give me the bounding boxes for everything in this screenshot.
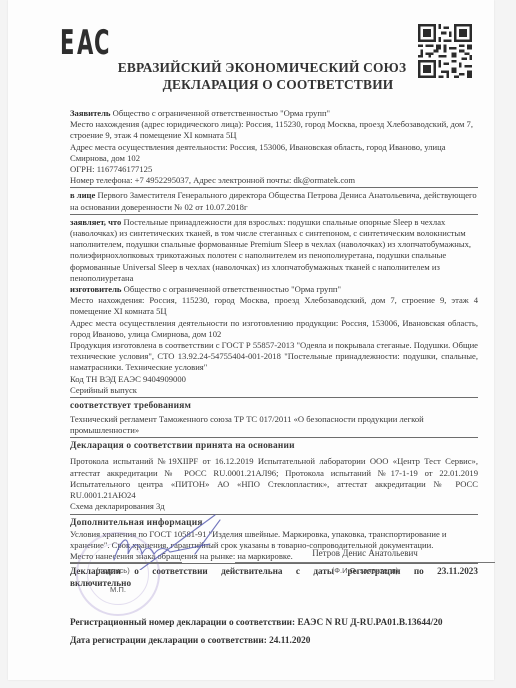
- release-type: Серийный выпуск: [70, 385, 478, 396]
- manufacturer-standards: Продукция изготовлена в соответствии с Г…: [70, 340, 478, 374]
- representative-section: в лице Первого Заместителя Генерального …: [70, 190, 478, 212]
- applicant-name: Общество с ограниченной ответственностью…: [110, 108, 330, 118]
- declares-label: заявляет, что: [70, 217, 121, 227]
- eac-logo-letter: A: [77, 26, 86, 60]
- signature-block: (подпись) М.П. Петров Денис Анатольевич …: [70, 540, 478, 615]
- signature-caption: (подпись): [96, 566, 130, 575]
- applicant-contacts: Номер телефона: +7 4952295037, Адрес эле…: [70, 175, 478, 186]
- signer-name-line: [235, 562, 495, 563]
- document-page: E A C ЕВРАЗИЙСКИЙ ЭКОНОМИЧЕСКИЙ СОЮЗ ДЕК…: [8, 0, 494, 680]
- basis-text: Протокола испытаний №19ХIIPF от 16.12.20…: [70, 456, 478, 501]
- basis-heading: Декларация о соответствии принята на осн…: [70, 440, 478, 452]
- manufacturer-label: изготовитель: [70, 284, 121, 294]
- union-title: ЕВРАЗИЙСКИЙ ЭКОНОМИЧЕСКИЙ СОЮЗ: [106, 60, 418, 76]
- applicant-label: Заявитель: [70, 108, 110, 118]
- applicant-legal-address: Место нахождения (адрес юридического лиц…: [70, 119, 478, 141]
- qr-code-icon: [418, 24, 472, 78]
- divider: [70, 214, 478, 215]
- requirements-heading: соответствует требованиям: [70, 400, 478, 412]
- divider: [70, 437, 478, 438]
- manufacturer-name: Общество с ограниченной ответственностью…: [121, 284, 341, 294]
- applicant-section: Заявитель Общество с ограниченной ответс…: [70, 108, 478, 186]
- signature-line: [70, 562, 182, 563]
- applicant-activity-address: Адрес места осуществления деятельности: …: [70, 142, 478, 164]
- basis-section: Декларация о соответствии принята на осн…: [70, 440, 478, 512]
- divider: [70, 187, 478, 188]
- manufacturer-section: изготовитель Общество с ограниченной отв…: [70, 284, 478, 396]
- registration-number: Регистрационный номер декларации о соотв…: [70, 618, 478, 628]
- manufacturer-address: Место нахождения: Россия, 115230, город …: [70, 295, 478, 317]
- declares-section: заявляет, что Постельные принадлежности …: [70, 217, 478, 284]
- eac-logo: E A C: [60, 26, 108, 60]
- handwritten-signature-icon: [100, 510, 230, 570]
- representative-label: в лице: [70, 190, 95, 200]
- eac-logo-letter: E: [60, 26, 69, 60]
- applicant-ogrn: ОГРН: 1167746177125: [70, 164, 478, 175]
- registration-date: Дата регистрации декларации о соответств…: [70, 636, 478, 646]
- requirements-section: соответствует требованиям Технический ре…: [70, 400, 478, 436]
- eac-logo-letter: C: [94, 26, 103, 60]
- product-description: Постельные принадлежности для взрослых: …: [70, 217, 471, 283]
- stamp-caption: М.П.: [110, 585, 126, 594]
- declaration-title: ДЕКЛАРАЦИЯ О СООТВЕТСТВИИ: [128, 77, 428, 93]
- signer-name: Петров Денис Анатольевич: [235, 548, 495, 558]
- signer-caption: (Ф.И.О. заявителя): [235, 566, 495, 575]
- divider: [70, 397, 478, 398]
- representative-text: Первого Заместителя Генерального директо…: [70, 190, 477, 211]
- manufacturer-production-address: Адрес места осуществления деятельности п…: [70, 318, 478, 340]
- requirements-text: Технический регламент Таможенного союза …: [70, 414, 478, 436]
- tn-ved-code: Код ТН ВЭД ЕАЭС 9404909000: [70, 374, 478, 385]
